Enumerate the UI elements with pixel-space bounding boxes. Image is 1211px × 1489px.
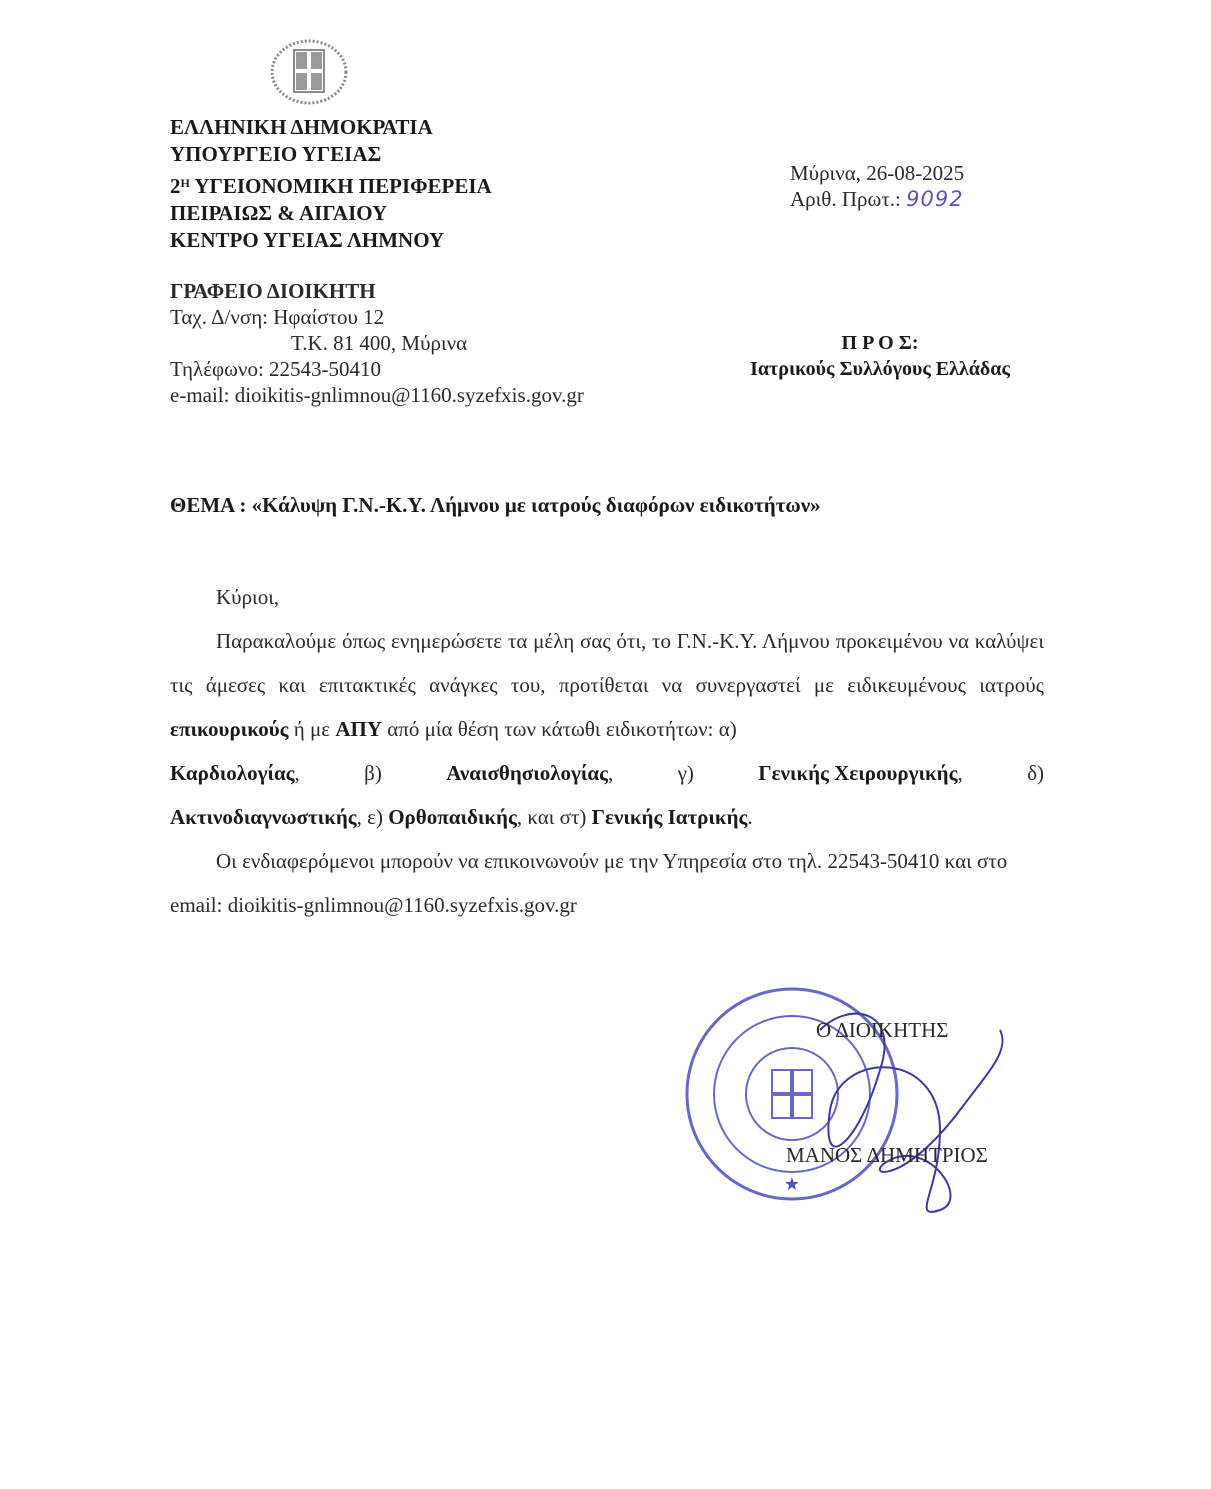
p1-text: ή με	[289, 717, 336, 741]
p1-text: Παρακαλούμε όπως ενημερώσετε τα μέλη σας…	[170, 629, 1044, 697]
specialty-name: Αναισθησιολογίας	[446, 761, 608, 785]
protocol-number: 9092	[906, 187, 963, 211]
p1-bold-apy: ΑΠΥ	[335, 717, 382, 741]
body-paragraph-1: Παρακαλούμε όπως ενημερώσετε τα μέλη σας…	[170, 619, 1044, 751]
subject-line: ΘΕΜΑ : «Κάλυψη Γ.Ν.-Κ.Υ. Λήμνου με ιατρο…	[170, 493, 821, 518]
header-line: ΠΕΙΡΑΙΩΣ & ΑΙΓΑΙΟΥ	[170, 200, 492, 227]
protocol-line: Αριθ. Πρωτ.: 9092	[790, 186, 964, 212]
specialty-marker: δ)	[1027, 751, 1044, 795]
office-contact-block: ΓΡΑΦΕΙΟ ΔΙΟΙΚΗΤΗ Ταχ. Δ/νση: Ηφαίστου 12…	[170, 278, 584, 408]
specialty-marker: γ)	[678, 751, 694, 795]
header-line: ΥΠΟΥΡΓΕΙΟ ΥΓΕΙΑΣ	[170, 141, 492, 168]
salutation: Κύριοι,	[170, 575, 1044, 619]
p1-text: από μία θέση των κάτωθι ειδικοτήτων: α)	[382, 717, 737, 741]
specialty-name: Γενικής Χειρουργικής	[758, 761, 957, 785]
specialty-name: Ακτινοδιαγνωστικής	[170, 805, 357, 829]
issuing-authority-header: ΕΛΛΗΝΙΚΗ ΔΗΜΟΚΡΑΤΙΑ ΥΠΟΥΡΓΕΙΟ ΥΓΕΙΑΣ 2Η …	[170, 114, 492, 254]
specialty-name: Ορθοπαιδικής	[388, 805, 517, 829]
office-address: Ταχ. Δ/νση: Ηφαίστου 12	[170, 304, 584, 330]
recipient-label: Π Ρ Ο Σ:	[700, 330, 1060, 356]
specialty-marker: β)	[364, 751, 382, 795]
header-line: 2Η ΥΓΕΙΟΝΟΜΙΚΗ ΠΕΡΙΦΕΡΕΙΑ	[170, 168, 492, 200]
specialty: Γενικής Χειρουργικής,	[758, 751, 962, 795]
p1-bold-auxiliary: επικουρικούς	[170, 717, 289, 741]
body-paragraph-2: Οι ενδιαφερόμενοι μπορούν να επικοινωνού…	[170, 839, 1044, 927]
office-postal-code: Τ.Κ. 81 400, Μύρινα	[170, 330, 584, 356]
specialty-marker: ε)	[367, 805, 383, 829]
recipient-name: Ιατρικούς Συλλόγους Ελλάδας	[700, 356, 1060, 382]
letter-body: Κύριοι, Παρακαλούμε όπως ενημερώσετε τα …	[170, 575, 1044, 927]
protocol-label: Αριθ. Πρωτ.:	[790, 187, 901, 211]
region-name: ΥΓΕΙΟΝΟΜΙΚΗ ΠΕΡΙΦΕΡΕΙΑ	[194, 174, 491, 198]
specialties-line-2: Ακτινοδιαγνωστικής, ε) Ορθοπαιδικής, και…	[170, 795, 1044, 839]
office-title: ΓΡΑΦΕΙΟ ΔΙΟΙΚΗΤΗ	[170, 278, 584, 304]
region-superscript: Η	[181, 176, 190, 190]
signatory-title: Ο ΔΙΟΙΚΗΤΗΣ	[816, 1018, 948, 1043]
specialty: Αναισθησιολογίας,	[446, 751, 613, 795]
place-date: Μύρινα, 26-08-2025	[790, 160, 964, 186]
specialty-name: Καρδιολογίας	[170, 761, 295, 785]
recipient-block: Π Ρ Ο Σ: Ιατρικούς Συλλόγους Ελλάδας	[700, 330, 1060, 382]
greek-coat-of-arms-icon	[268, 38, 350, 106]
header-line: ΕΛΛΗΝΙΚΗ ΔΗΜΟΚΡΑΤΙΑ	[170, 114, 492, 141]
header-line: ΚΕΝΤΡΟ ΥΓΕΙΑΣ ΛΗΜΝΟΥ	[170, 227, 492, 254]
specialties-line-1: Καρδιολογίας, β) Αναισθησιολογίας, γ) Γε…	[170, 751, 1044, 795]
signatory-name: ΜΑΝΟΣ ΔΗΜΗΤΡΙΟΣ	[786, 1143, 988, 1168]
office-phone: Τηλέφωνο: 22543-50410	[170, 356, 584, 382]
date-protocol-block: Μύρινα, 26-08-2025 Αριθ. Πρωτ.: 9092	[790, 160, 964, 212]
specialty-name: Γενικής Ιατρικής	[592, 805, 748, 829]
specialty-marker: στ)	[560, 805, 587, 829]
specialty: Καρδιολογίας,	[170, 751, 300, 795]
region-number: 2	[170, 174, 181, 198]
office-email[interactable]: e-mail: dioikitis-gnlimnou@1160.syzefxis…	[170, 382, 584, 408]
conjunction: και	[527, 805, 554, 829]
